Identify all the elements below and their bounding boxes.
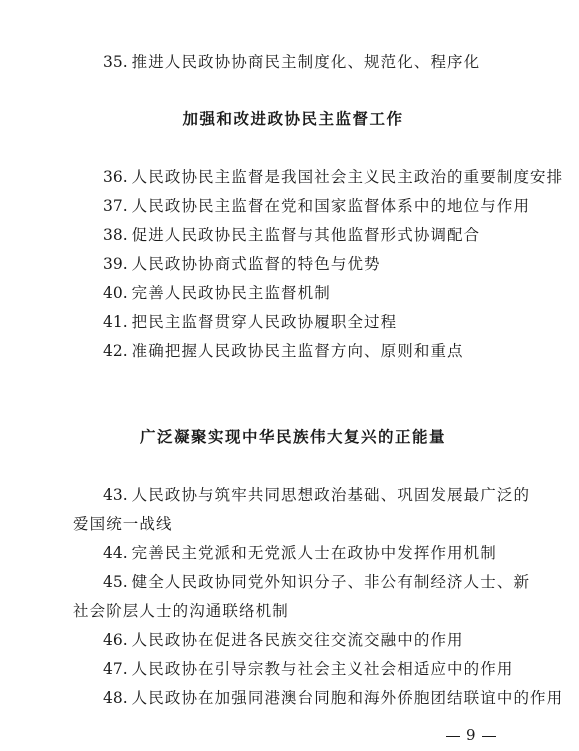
page-number-value: 9 <box>466 726 476 744</box>
item-text: 促进人民政协民主监督与其他监督形式协调配合 <box>132 226 481 244</box>
list-item-35: 35.推进人民政协协商民主制度化、规范化、程序化 <box>103 48 515 77</box>
item-number: 35. <box>103 53 128 71</box>
item-text: 准确把握人民政协民主监督方向、原则和重点 <box>132 342 464 360</box>
item-text: 把民主监督贯穿人民政协履职全过程 <box>132 313 398 331</box>
list-item-42: 42.准确把握人民政协民主监督方向、原则和重点 <box>103 337 515 366</box>
list-item-39: 39.人民政协协商式监督的特色与优势 <box>103 250 515 279</box>
item-text: 推进人民政协协商民主制度化、规范化、程序化 <box>132 53 481 71</box>
item-number: 46. <box>103 631 128 649</box>
list-item-38: 38.促进人民政协民主监督与其他监督形式协调配合 <box>103 221 515 250</box>
item-text: 人民政协与筑牢共同思想政治基础、巩固发展最广泛的 <box>132 486 530 504</box>
item-number: 36. <box>103 168 128 186</box>
item-text: 人民政协在促进各民族交往交流交融中的作用 <box>132 631 464 649</box>
list-item-37: 37.人民政协民主监督在党和国家监督体系中的地位与作用 <box>103 192 515 221</box>
item-text: 人民政协在引导宗教与社会主义社会相适应中的作用 <box>132 660 514 678</box>
list-item-45: 45.健全人民政协同党外知识分子、非公有制经济人士、新 <box>103 568 515 597</box>
item-text: 完善民主党派和无党派人士在政协中发挥作用机制 <box>132 544 497 562</box>
list-item-40: 40.完善人民政协民主监督机制 <box>103 279 515 308</box>
section-heading-positive-energy: 广泛凝聚实现中华民族伟大复兴的正能量 <box>73 423 513 452</box>
item-number: 42. <box>103 342 128 360</box>
item-number: 48. <box>103 689 128 707</box>
item-number: 39. <box>103 255 128 273</box>
dash-left-icon <box>446 736 460 737</box>
list-item-41: 41.把民主监督贯穿人民政协履职全过程 <box>103 308 515 337</box>
list-item-45-continuation: 社会阶层人士的沟通联络机制 <box>73 597 513 626</box>
item-number: 44. <box>103 544 128 562</box>
dash-right-icon <box>482 736 496 737</box>
item-number: 45. <box>103 573 128 591</box>
page-number: 9 <box>440 725 540 745</box>
item-text: 人民政协协商式监督的特色与优势 <box>132 255 381 273</box>
document-page: 35.推进人民政协协商民主制度化、规范化、程序化 加强和改进政协民主监督工作 3… <box>0 0 579 751</box>
list-item-46: 46.人民政协在促进各民族交往交流交融中的作用 <box>103 626 515 655</box>
list-item-43: 43.人民政协与筑牢共同思想政治基础、巩固发展最广泛的 <box>103 481 515 510</box>
item-text: 健全人民政协同党外知识分子、非公有制经济人士、新 <box>132 573 530 591</box>
item-number: 47. <box>103 660 128 678</box>
item-text: 人民政协民主监督是我国社会主义民主政治的重要制度安排 <box>132 168 564 186</box>
list-item-48: 48.人民政协在加强同港澳台同胞和海外侨胞团结联谊中的作用 <box>103 684 515 713</box>
item-text: 人民政协在加强同港澳台同胞和海外侨胞团结联谊中的作用 <box>132 689 564 707</box>
item-number: 37. <box>103 197 128 215</box>
list-item-43-continuation: 爱国统一战线 <box>73 510 513 539</box>
item-number: 40. <box>103 284 128 302</box>
section-heading-supervision: 加强和改进政协民主监督工作 <box>73 105 513 134</box>
item-number: 41. <box>103 313 128 331</box>
item-number: 43. <box>103 486 128 504</box>
list-item-36: 36.人民政协民主监督是我国社会主义民主政治的重要制度安排 <box>103 163 515 192</box>
item-text: 完善人民政协民主监督机制 <box>132 284 331 302</box>
item-text: 人民政协民主监督在党和国家监督体系中的地位与作用 <box>132 197 530 215</box>
list-item-44: 44.完善民主党派和无党派人士在政协中发挥作用机制 <box>103 539 515 568</box>
item-number: 38. <box>103 226 128 244</box>
list-item-47: 47.人民政协在引导宗教与社会主义社会相适应中的作用 <box>103 655 515 684</box>
